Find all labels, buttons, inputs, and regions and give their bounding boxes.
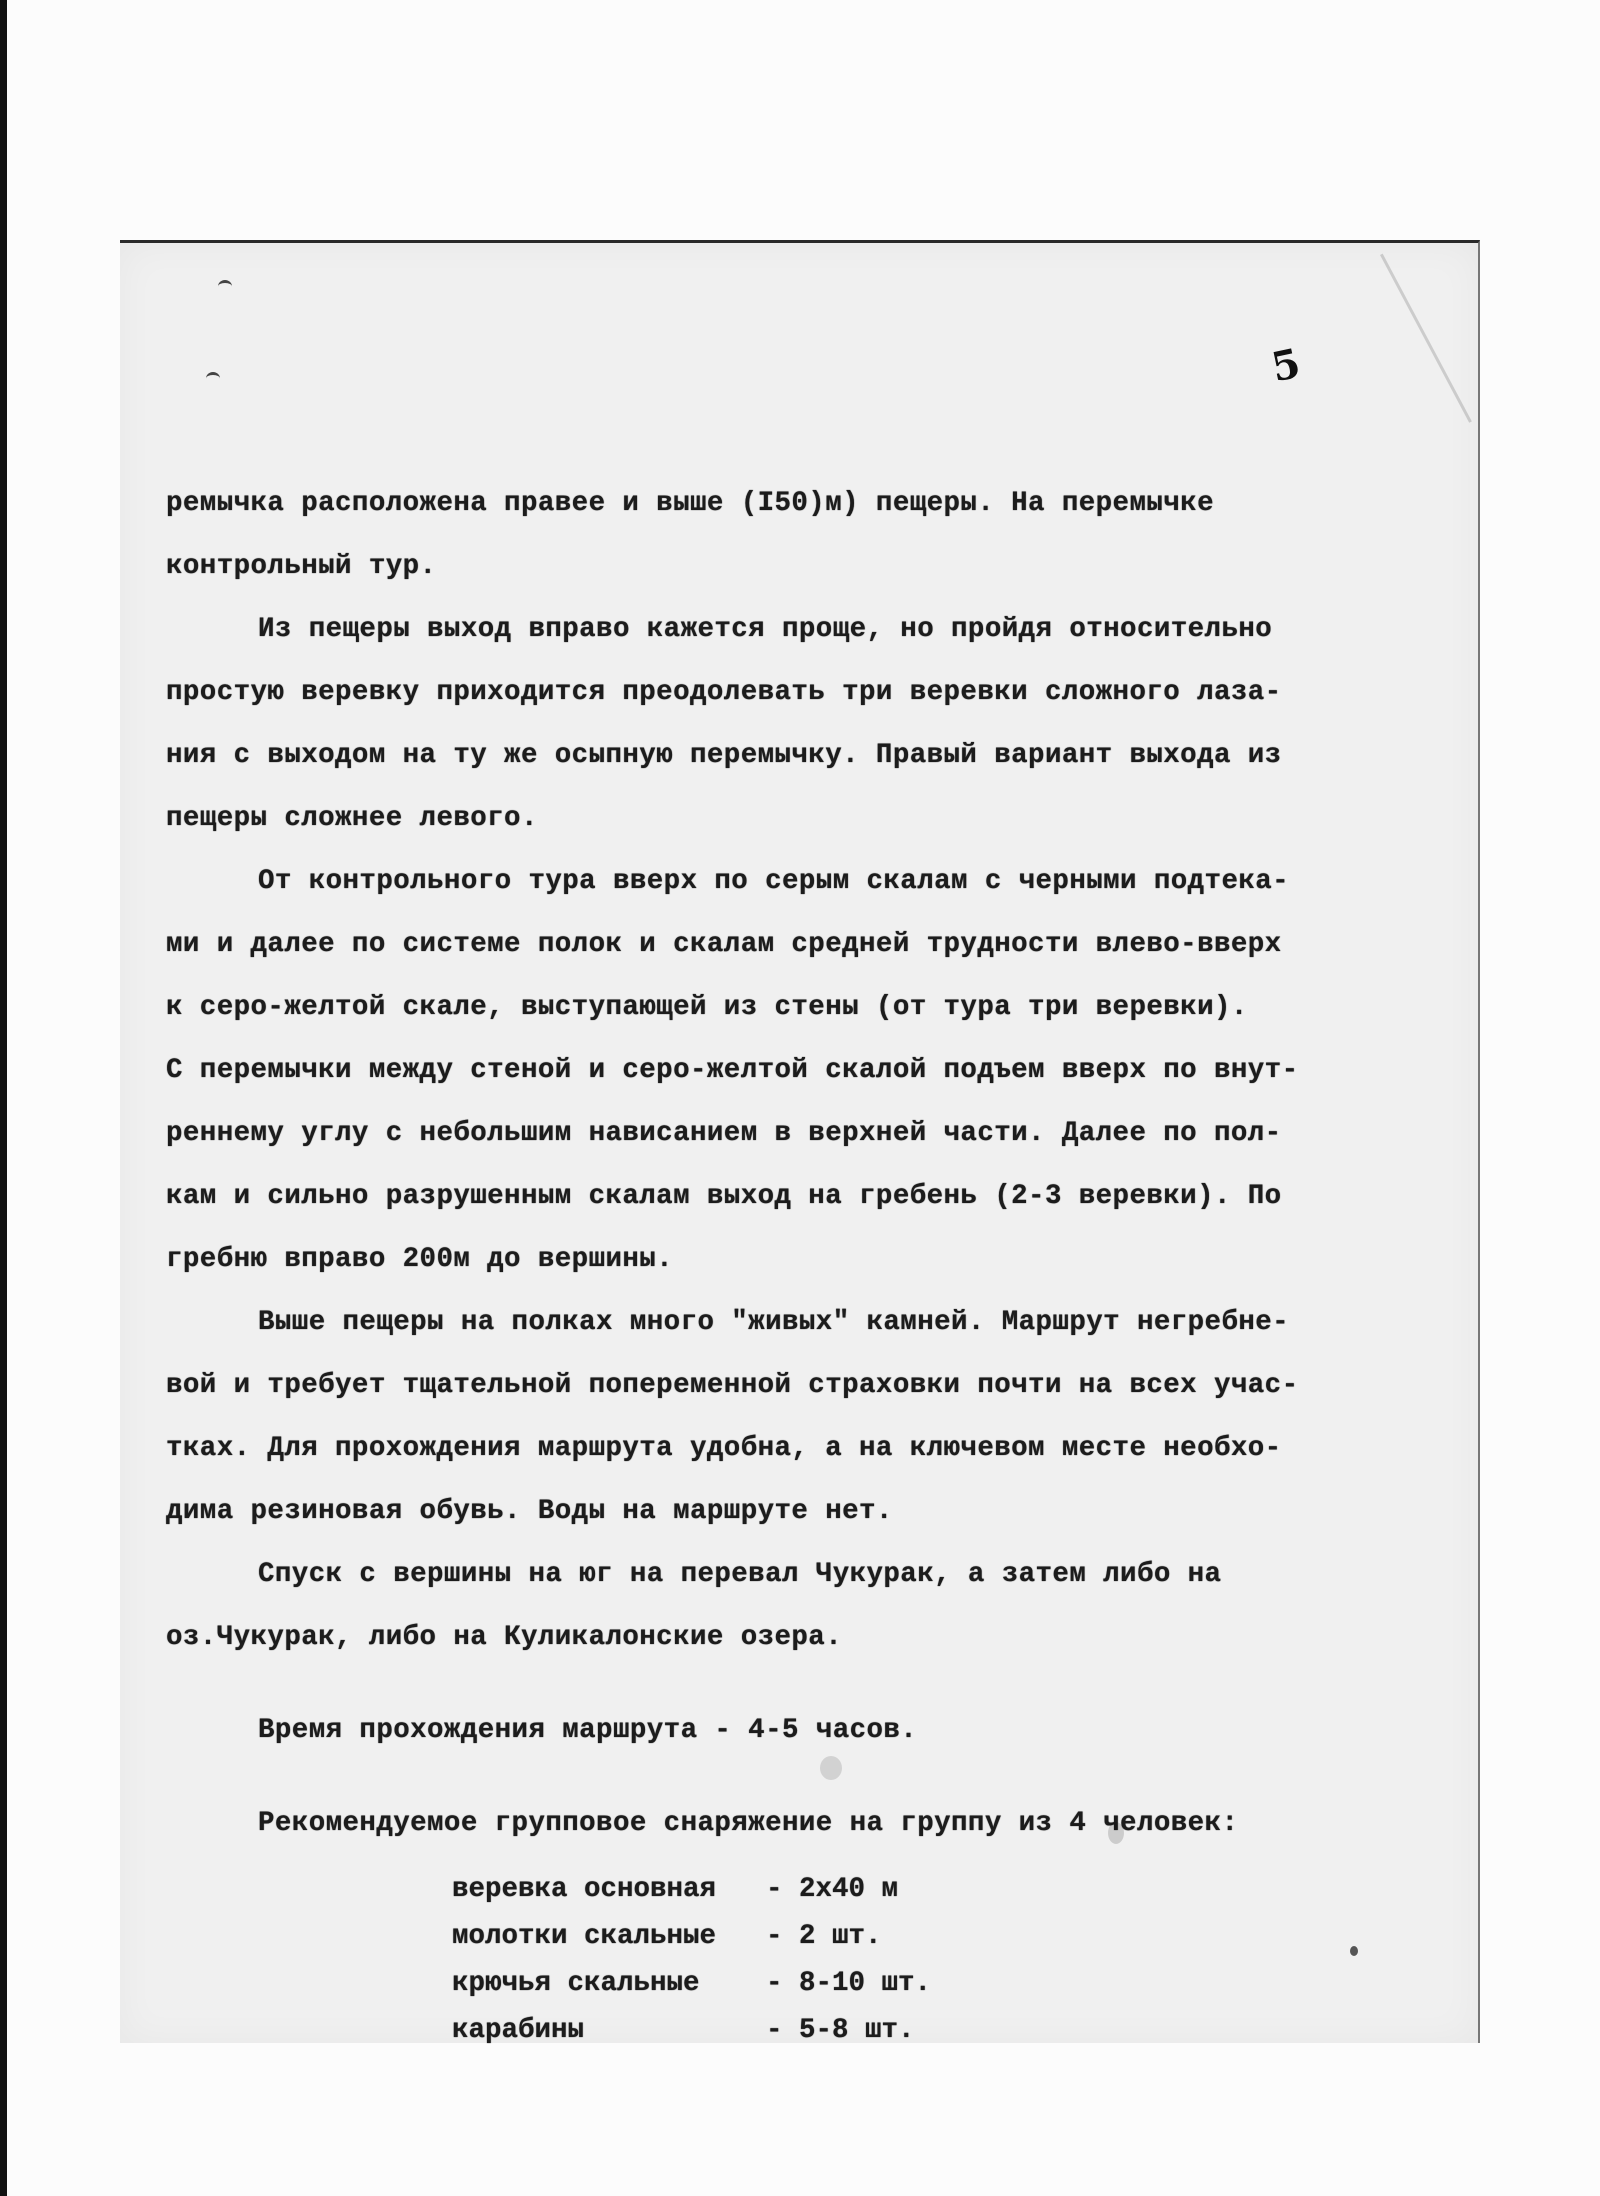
text-line: ния с выходом на ту же осыпную перемычку… [166, 724, 1456, 787]
text-line: кам и сильно разрушенным скалам выход на… [166, 1165, 1456, 1228]
text-line: гребню вправо 200м до вершины. [166, 1228, 1456, 1291]
text-line: вой и требует тщательной попеременной ст… [166, 1354, 1456, 1417]
text-line: к серо-желтой скале, выступающей из стен… [166, 976, 1456, 1039]
text-line: реннему углу с небольшим нависанием в ве… [166, 1102, 1456, 1165]
text-line: оз.Чукурак, либо на Куликалонские озера. [166, 1606, 1456, 1669]
text-line: пещеры сложнее левого. [166, 787, 1456, 850]
text-line: тках. Для прохождения маршрута удобна, а… [166, 1417, 1456, 1480]
spacer [166, 1762, 1456, 1792]
staple-hole-icon [206, 372, 220, 385]
text-line: простую веревку приходится преодолевать … [166, 661, 1456, 724]
route-time: Время прохождения маршрута - 4-5 часов. [166, 1699, 1456, 1762]
text-line: Спуск с вершины на юг на перевал Чукурак… [166, 1543, 1456, 1606]
text-line: Из пещеры выход вправо кажется проще, но… [166, 598, 1456, 661]
text-line: ремычка расположена правее и выше (I50)м… [166, 472, 1456, 535]
text-line: От контрольного тура вверх по серым скал… [166, 850, 1456, 913]
equipment-quantity: - 2х40 м [766, 1866, 898, 1913]
equipment-quantity: - 5-8 шт. [766, 2007, 915, 2054]
equipment-list: веревка основная- 2х40 ммолотки скальные… [452, 1866, 931, 2054]
equipment-heading: Рекомендуемое групповое снаряжение на гр… [166, 1792, 1456, 1855]
equipment-item: веревка основная [452, 1866, 766, 1913]
scanner-edge [0, 0, 7, 2196]
equipment-row: крючья скальные- 8-10 шт. [452, 1960, 931, 2007]
ink-smudge [1108, 1822, 1124, 1844]
equipment-quantity: - 8-10 шт. [766, 1960, 931, 2007]
document-body: ремычка расположена правее и выше (I50)м… [166, 472, 1456, 1855]
equipment-item: карабины [452, 2007, 766, 2054]
text-line: дима резиновая обувь. Воды на маршруте н… [166, 1480, 1456, 1543]
equipment-item: крючья скальные [452, 1960, 766, 2007]
equipment-row: веревка основная- 2х40 м [452, 1866, 931, 1913]
spacer [166, 1669, 1456, 1699]
equipment-row: карабины- 5-8 шт. [452, 2007, 931, 2054]
equipment-row: молотки скальные- 2 шт. [452, 1913, 931, 1960]
text-line: Выше пещеры на полках много "живых" камн… [166, 1291, 1456, 1354]
text-line: С перемычки между стеной и серо-желтой с… [166, 1039, 1456, 1102]
staple-hole-icon [218, 280, 232, 293]
equipment-quantity: - 2 шт. [766, 1913, 882, 1960]
ink-smudge [820, 1756, 842, 1780]
text-line: контрольный тур. [166, 535, 1456, 598]
speck [1350, 1946, 1358, 1956]
text-line: ми и далее по системе полок и скалам сре… [166, 913, 1456, 976]
equipment-item: молотки скальные [452, 1913, 766, 1960]
